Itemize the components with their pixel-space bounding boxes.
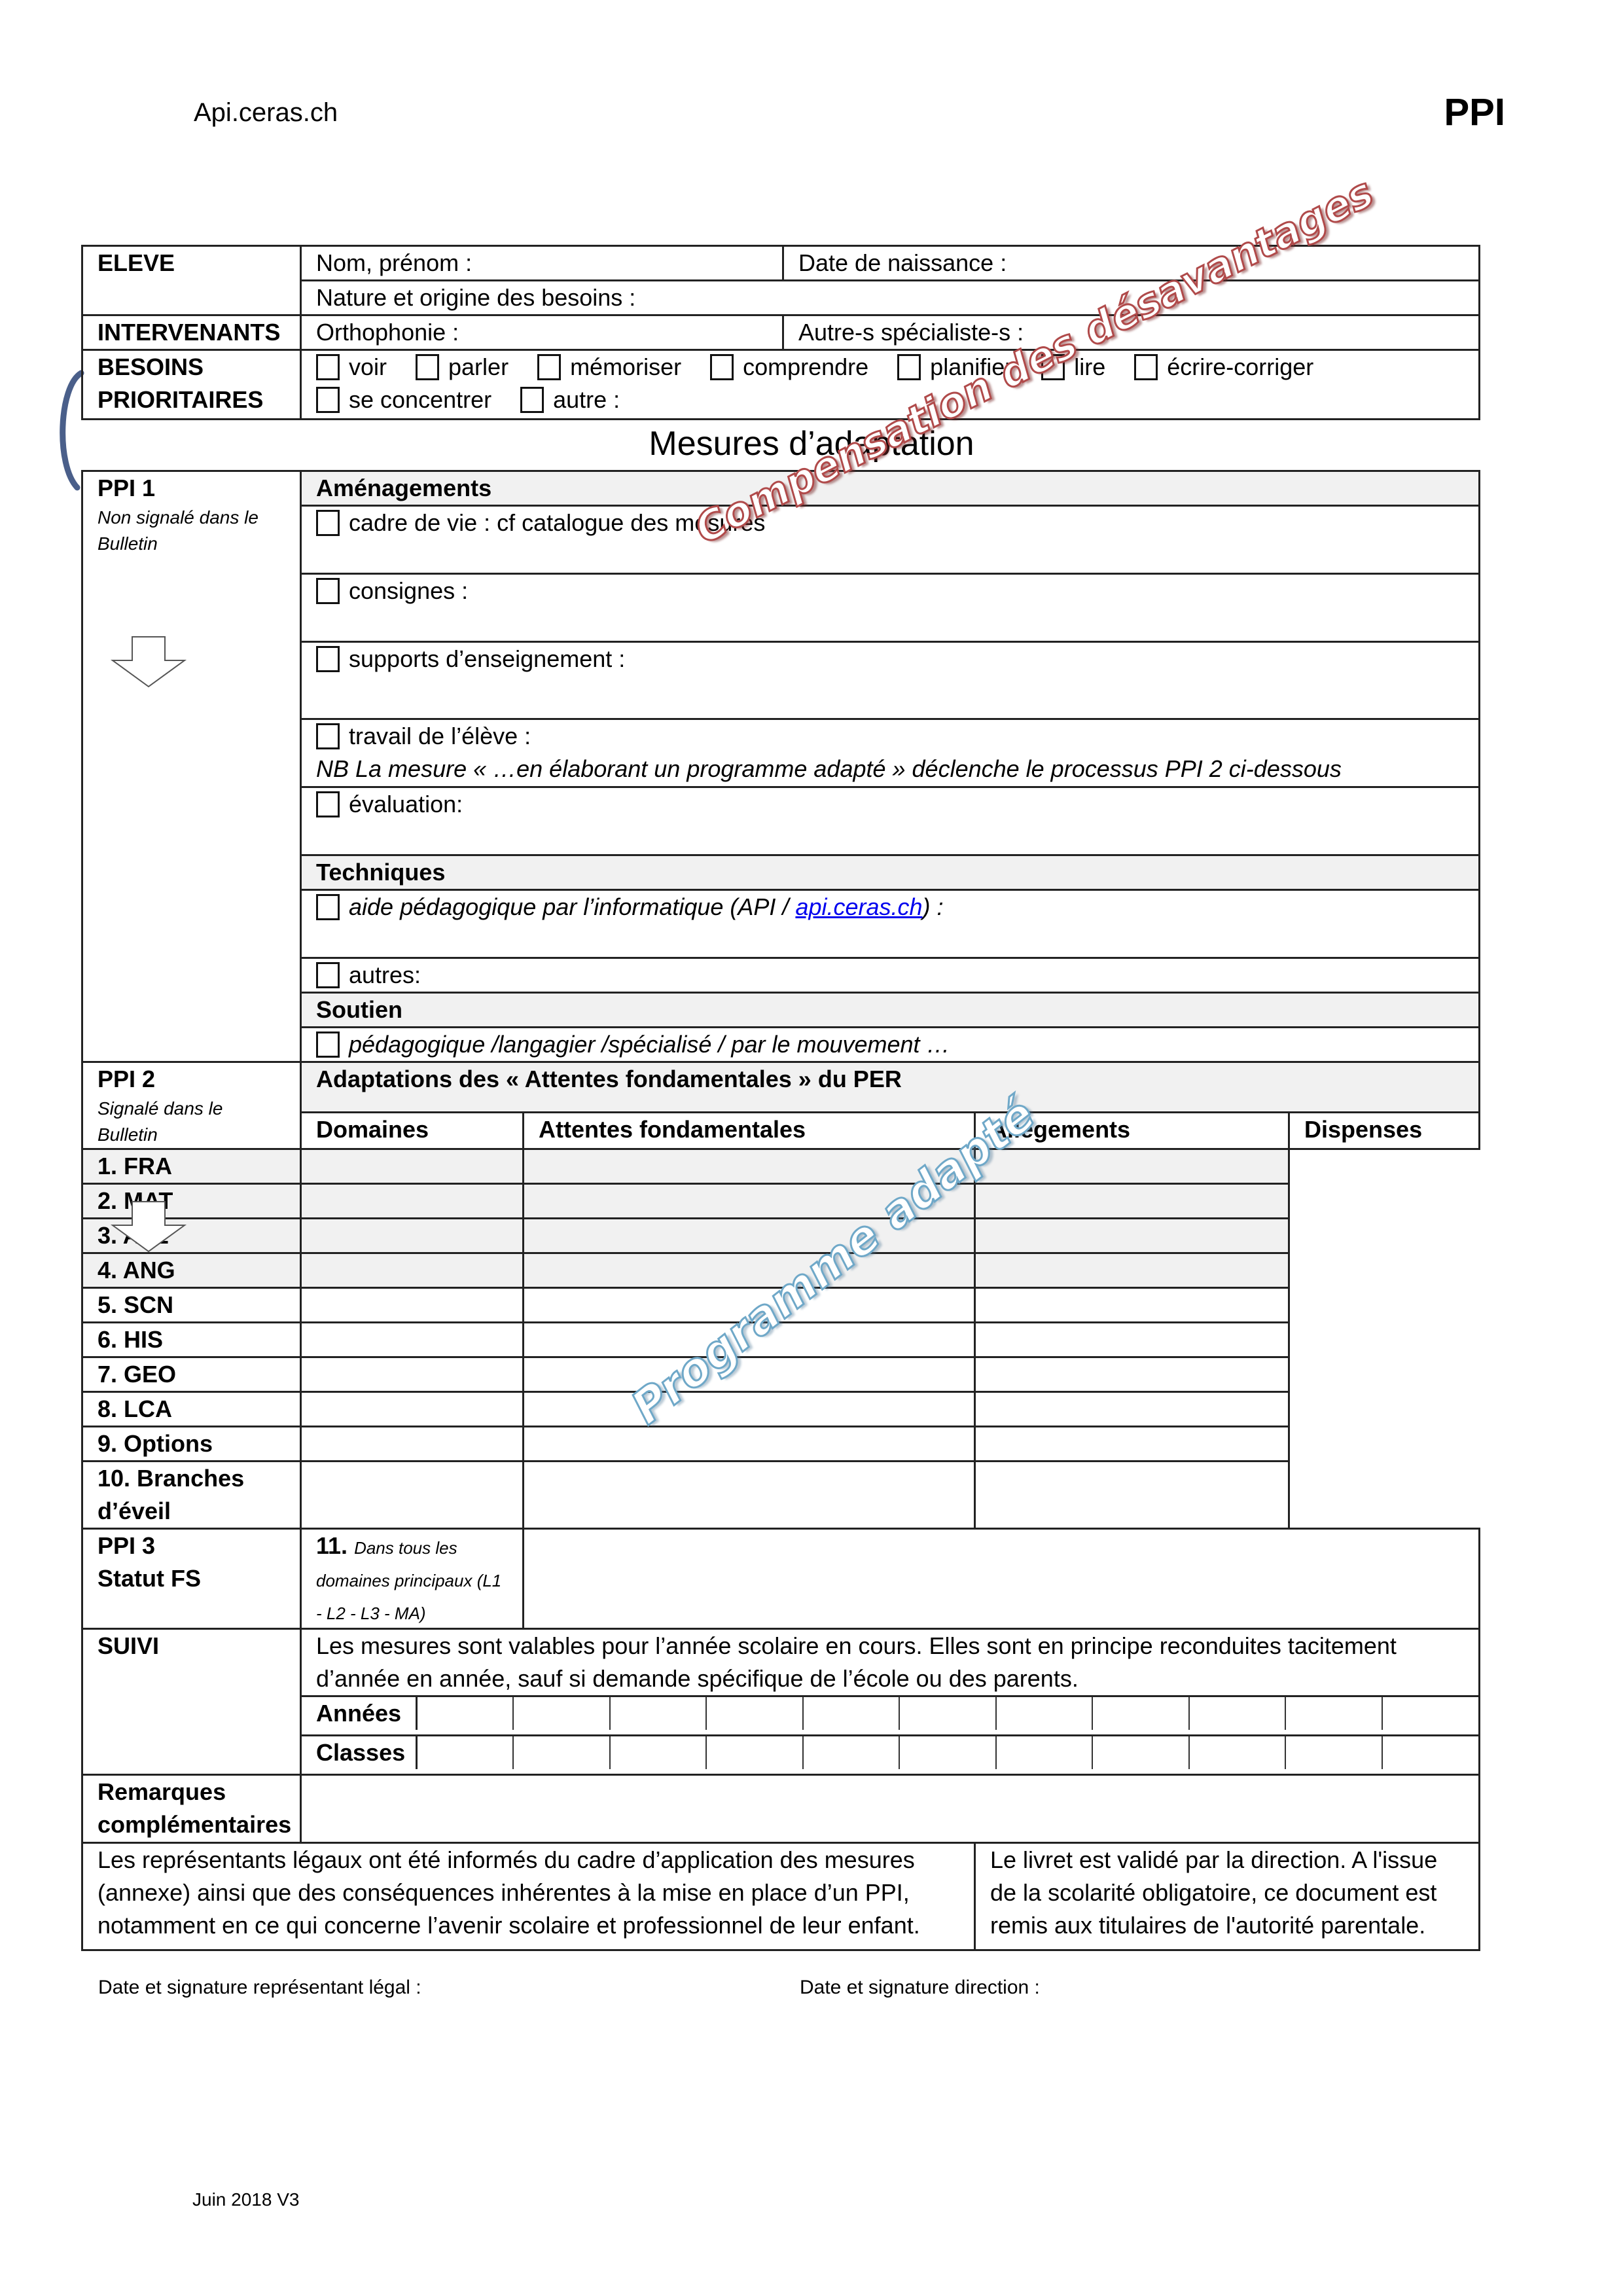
annees-cell[interactable]	[417, 1697, 514, 1730]
api-ceras-link[interactable]: api.ceras.ch	[795, 893, 922, 920]
classes-cell[interactable]	[1092, 1736, 1189, 1769]
domaine-cell[interactable]	[975, 1427, 1289, 1462]
besoin-label: se concentrer	[349, 386, 491, 413]
intervenants-label: INTERVENANTS	[82, 315, 301, 350]
domaine-label: 4. ANG	[82, 1253, 301, 1288]
evaluation-row: évaluation:	[301, 787, 1480, 855]
besoin-label: comprendre	[743, 353, 868, 380]
domaine-label: 5. SCN	[82, 1288, 301, 1323]
annees-cell[interactable]	[1285, 1697, 1382, 1730]
domaine-cell[interactable]	[524, 1392, 975, 1427]
amenagements-header: Aménagements	[301, 471, 1480, 506]
domaine-row: 3. ALL	[82, 1219, 1480, 1253]
domaine-cell[interactable]	[524, 1427, 975, 1462]
classes-cell[interactable]	[803, 1736, 900, 1769]
besoin-label: écrire-corriger	[1167, 353, 1313, 380]
classes-cell[interactable]	[1285, 1736, 1382, 1769]
besoin-label: voir	[349, 353, 387, 380]
aide-label-end: ) :	[923, 893, 944, 920]
classes-row: Classes	[301, 1736, 1480, 1775]
domaine-cell[interactable]	[975, 1219, 1289, 1253]
autres-label: autres:	[349, 961, 421, 988]
annees-cell[interactable]	[803, 1697, 900, 1730]
column-header-3: Dispenses	[1289, 1112, 1480, 1149]
ppi2-title: PPI 2	[98, 1063, 285, 1096]
domaine-cell[interactable]	[975, 1253, 1289, 1288]
besoin-checkbox[interactable]	[520, 387, 544, 413]
besoin-checkbox[interactable]	[1134, 354, 1158, 380]
domaine-row: 8. LCA	[82, 1392, 1480, 1427]
ppi3-title: PPI 3	[98, 1530, 285, 1562]
classes-cell[interactable]	[996, 1736, 1093, 1769]
nature-origine-field[interactable]: Nature et origine des besoins :	[301, 281, 1480, 315]
cadre-row: cadre de vie : cf catalogue des mesures	[301, 506, 1480, 574]
domaine-cell[interactable]	[301, 1392, 524, 1427]
footer-version: Juin 2018 V3	[192, 2189, 299, 2210]
domaine-cell[interactable]	[301, 1253, 524, 1288]
domaine-label: 6. HIS	[82, 1323, 301, 1357]
besoin-option[interactable]: autre :	[520, 386, 620, 413]
domaine-cell[interactable]	[301, 1462, 524, 1529]
besoins-label-line1: BESOINS	[98, 351, 285, 384]
travail-nb: NB La mesure « …en élaborant un programm…	[316, 753, 1464, 785]
arrow-down-icon	[109, 636, 188, 688]
domaine-cell[interactable]	[301, 1427, 524, 1462]
annees-row: Années	[301, 1696, 1480, 1736]
soutien-label: pédagogique /langagier /spécialisé / par…	[349, 1031, 950, 1058]
domaine-cell[interactable]	[975, 1357, 1289, 1392]
suivi-label: SUIVI	[82, 1629, 301, 1775]
nom-prenom-field[interactable]: Nom, prénom :	[301, 246, 783, 281]
domaine-label: 7. GEO	[82, 1357, 301, 1392]
classes-cell[interactable]	[706, 1736, 803, 1769]
domaine-label: 9. Options	[82, 1427, 301, 1462]
besoin-checkbox[interactable]	[416, 354, 439, 380]
travail-checkbox[interactable]	[316, 723, 340, 749]
domaine-label: 10. Branches d’éveil	[82, 1462, 301, 1529]
travail-row: travail de l’élève :NB La mesure « …en é…	[301, 719, 1480, 787]
besoin-checkbox[interactable]	[897, 354, 921, 380]
domaine-label: 8. LCA	[82, 1392, 301, 1427]
site-name: Api.ceras.ch	[194, 98, 338, 128]
remarques-label: Remarques complémentaires	[82, 1775, 301, 1843]
info-left: Les représentants légaux ont été informé…	[82, 1843, 975, 1950]
ppi1-note: Non signalé dans le Bulletin	[98, 505, 287, 557]
ppi3-label-cell: PPI 3Statut FS	[82, 1529, 301, 1629]
domaine-row: 1. FRA	[82, 1149, 1480, 1184]
domaine-cell[interactable]	[524, 1253, 975, 1288]
annees-cell[interactable]	[899, 1697, 996, 1730]
besoin-checkbox[interactable]	[537, 354, 561, 380]
besoin-label: autre :	[553, 386, 620, 413]
ppi3-num: 11.	[316, 1532, 354, 1559]
info-right: Le livret est validé par la direction. A…	[975, 1843, 1480, 1950]
adaptations-header: Adaptations des « Attentes fondamentales…	[301, 1062, 1480, 1113]
besoin-checkbox[interactable]	[316, 387, 340, 413]
aide-label: aide pédagogique par l’informatique (API…	[349, 893, 795, 920]
besoin-checkbox[interactable]	[316, 354, 340, 380]
soutien-header: Soutien	[301, 993, 1480, 1028]
besoin-label: mémoriser	[570, 353, 681, 380]
besoin-option[interactable]: écrire-corriger	[1134, 353, 1313, 380]
domaine-label: 1. FRA	[82, 1149, 301, 1184]
besoin-option[interactable]: se concentrer	[316, 386, 491, 413]
classes-cell[interactable]	[1382, 1736, 1479, 1769]
besoins-label-line2: PRIORITAIRES	[98, 384, 285, 416]
ppi3-subtitle: Statut FS	[98, 1562, 285, 1595]
supports-row: supports d’enseignement :	[301, 642, 1480, 719]
classes-cell[interactable]	[610, 1736, 707, 1769]
annees-cell[interactable]	[1382, 1697, 1479, 1730]
techniques-header: Techniques	[301, 855, 1480, 890]
classes-cell[interactable]	[899, 1736, 996, 1769]
consignes-checkbox[interactable]	[316, 578, 340, 604]
besoin-option[interactable]: comprendre	[710, 353, 868, 380]
domaine-cell[interactable]	[301, 1184, 524, 1219]
besoin-label: parler	[448, 353, 508, 380]
domaine-cell[interactable]	[301, 1357, 524, 1392]
ppi2-label-cell: PPI 2 Signalé dans le Bulletin	[82, 1062, 301, 1149]
annees-cell[interactable]	[610, 1697, 707, 1730]
domaine-cell[interactable]	[975, 1149, 1289, 1184]
annees-cell[interactable]	[996, 1697, 1093, 1730]
arrow-down-icon	[109, 1200, 188, 1253]
classes-cell[interactable]	[513, 1736, 610, 1769]
domaine-row: 9. Options	[82, 1427, 1480, 1462]
consignes-label: consignes :	[349, 577, 468, 604]
orthophonie-field[interactable]: Orthophonie :	[301, 315, 783, 350]
classes-cell[interactable]	[1189, 1736, 1286, 1769]
domaine-cell[interactable]	[524, 1357, 975, 1392]
domaine-cell[interactable]	[524, 1462, 975, 1529]
annees-cell[interactable]	[706, 1697, 803, 1730]
eleve-label: ELEVE	[82, 246, 301, 315]
date-naissance-field[interactable]: Date de naissance :	[783, 246, 1480, 281]
besoin-checkbox[interactable]	[710, 354, 734, 380]
supports-label: supports d’enseignement :	[349, 645, 625, 672]
domaine-cell[interactable]	[301, 1219, 524, 1253]
classes-label: Classes	[302, 1736, 417, 1769]
domaine-row: 2. MAT	[82, 1184, 1480, 1219]
ppi2-note: Signalé dans le Bulletin	[98, 1096, 255, 1148]
autres-checkbox[interactable]	[316, 962, 340, 988]
domaine-cell[interactable]	[301, 1323, 524, 1357]
supports-checkbox[interactable]	[316, 646, 340, 672]
ppi1-label-cell: PPI 1 Non signalé dans le Bulletin	[82, 471, 301, 1062]
aide-row: aide pédagogique par l’informatique (API…	[301, 890, 1480, 958]
besoin-option[interactable]: voir	[316, 353, 387, 380]
soutien-row: pédagogique /langagier /spécialisé / par…	[301, 1028, 1480, 1062]
identity-table: ELEVE Nom, prénom : Date de naissance : …	[81, 245, 1480, 420]
travail-label: travail de l’élève :	[349, 723, 531, 749]
besoin-option[interactable]: mémoriser	[537, 353, 681, 380]
signature-legal: Date et signature représentant légal :	[98, 1977, 421, 1999]
annees-cell[interactable]	[513, 1697, 610, 1730]
suivi-text: Les mesures sont valables pour l’année s…	[301, 1629, 1480, 1696]
evaluation-label: évaluation:	[349, 791, 463, 817]
annees-cell[interactable]	[1189, 1697, 1286, 1730]
ppi3-value-cell[interactable]	[524, 1529, 1480, 1629]
doc-code: PPI	[1444, 90, 1506, 134]
domaine-cell[interactable]	[301, 1288, 524, 1323]
domaine-cell[interactable]	[975, 1392, 1289, 1427]
soutien-checkbox[interactable]	[316, 1031, 340, 1058]
annees-label: Années	[302, 1697, 417, 1730]
aide-checkbox[interactable]	[316, 894, 340, 920]
domaine-cell[interactable]	[975, 1323, 1289, 1357]
ppi1-title: PPI 1	[98, 472, 285, 505]
column-header-1: Attentes fondamentales	[524, 1112, 975, 1149]
evaluation-checkbox[interactable]	[316, 791, 340, 817]
classes-cell[interactable]	[417, 1736, 514, 1769]
domaine-cell[interactable]	[301, 1149, 524, 1184]
domaine-row: 10. Branches d’éveil	[82, 1462, 1480, 1529]
signature-direction: Date et signature direction :	[800, 1977, 1040, 1999]
besoins-label: BESOINS PRIORITAIRES	[82, 350, 301, 420]
mesures-table: PPI 1 Non signalé dans le Bulletin Aména…	[81, 470, 1480, 1951]
domaine-cell[interactable]	[975, 1288, 1289, 1323]
ppi3-desc-cell: 11. Dans tous les domaines principaux (L…	[301, 1529, 524, 1629]
autres-row: autres:	[301, 958, 1480, 993]
domaine-cell[interactable]	[975, 1462, 1289, 1529]
besoin-option[interactable]: parler	[416, 353, 508, 380]
cadre-checkbox[interactable]	[316, 510, 340, 536]
annees-cell[interactable]	[1092, 1697, 1189, 1730]
remarques-field[interactable]	[301, 1775, 1480, 1843]
consignes-row: consignes :	[301, 574, 1480, 642]
domaine-row: 7. GEO	[82, 1357, 1480, 1392]
domaine-cell[interactable]	[975, 1184, 1289, 1219]
column-header-0: Domaines	[301, 1112, 524, 1149]
